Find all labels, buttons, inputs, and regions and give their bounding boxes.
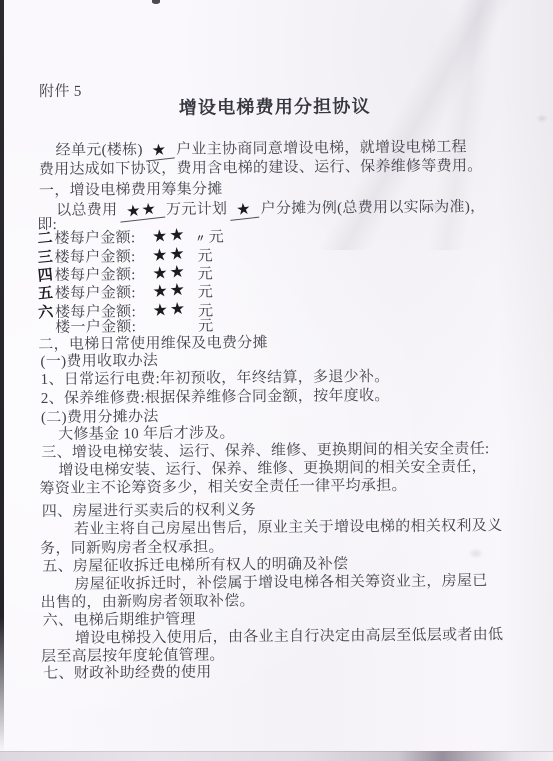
section2-note: 大修基金 10 年后才涉及。 [58,424,235,444]
section1-heading: 一，增设电梯费用筹集分摊 [39,180,223,200]
floor-row-label: 楼每户金额: [55,285,136,302]
scan-bottom-edge [0,751,553,761]
section5-body1: 房屋征收拆迁时，补偿属于增设电梯各相关筹资业主，房屋已 [74,572,487,594]
section4-body1: 若业主将自己房屋出售后，原业主关于增设电梯的相关权利及义 [74,517,503,539]
section6-body1: 增设电梯投入使用后，由各业主自行决定由高层至低层或者由低 [75,626,504,648]
yuan-unit: 元 [198,285,213,301]
intro-line-1-post: 户业主协商同意增设电梯，就增设电梯工程 [176,139,467,158]
section7-heading: 七、财政补助经费的使用 [43,664,211,683]
handwritten-floor-number: 三 [37,247,56,267]
section5-body2: 出售的，由新购房者领取补偿。 [41,592,255,612]
yuan-unit: 元 [198,319,213,335]
intro-line-1: 经单元(楼栋)★户业主协商同意增设电梯，就增设电梯工程 [56,136,467,160]
example-post: 户分摊为例(总费用以实际为准)， [261,199,486,217]
example-pre: 以总费用 [56,202,117,219]
section6-heading: 六、电梯后期维护管理 [43,611,196,630]
yuan-unit: 元 [198,267,213,283]
example-mid: 万元计划 [166,201,227,218]
section3-body1: 增设电梯安装、运行、保养、维修、更换期间的相关安全责任， [58,458,487,480]
handwritten-floor-number: 四 [37,265,56,285]
scanned-paper: 附件 5 增设电梯费用分担协议 经单元(楼栋)★户业主协商同意增设电梯，就增设电… [0,0,553,761]
yuan-unit: 元 [197,249,212,265]
intro-line-2: 费用达成如下协议，费用含电梯的建设、运行、保养维修等费用。 [39,157,483,179]
section4-heading: 四、房屋进行买卖后的权利义务 [42,501,256,521]
handwritten-total-cost-stars: ★★ [118,198,165,223]
section2-item2: 2、保养维修费:根据保养维修合同金额，按年度收。 [41,387,390,408]
floor-row-label: 楼每户金额: [54,230,135,247]
handwritten-floor-number: 二 [37,228,56,248]
page-title: 增设电梯费用分担协议 [0,95,551,121]
document-text-layer: 附件 5 增设电梯费用分担协议 经单元(楼栋)★户业主协商同意增设电梯，就增设电… [0,0,553,761]
section2-item1: 1、日常运行电费:年初预收，年终结算，多退少补。 [41,368,390,389]
floor-row-label: 楼一户金额: [55,319,136,336]
section3-body2: 筹资业主不论筹资多少，相关安全责任一律平均承担。 [40,477,407,498]
blank-amount [144,328,196,332]
section4-body2: 务，同新购房者全权承担。 [40,538,224,558]
handwritten-star: ★ [144,138,175,161]
blank-floor-number [38,331,55,333]
handwritten-household-count-star: ★ [228,198,259,221]
scan-left-edge [0,0,4,752]
handwritten-tick-mark: 〃 [195,234,205,245]
intro-line-1-pre: 经单元(楼栋) [56,142,143,159]
section2-sub1: (一)费用收取办法 [40,352,158,371]
yuan-unit: 元 [209,229,224,245]
cost-example-line: 以总费用★★万元计划★户分摊为例(总费用以实际为准)， [56,196,485,220]
handwritten-floor-number: 五 [37,283,56,303]
